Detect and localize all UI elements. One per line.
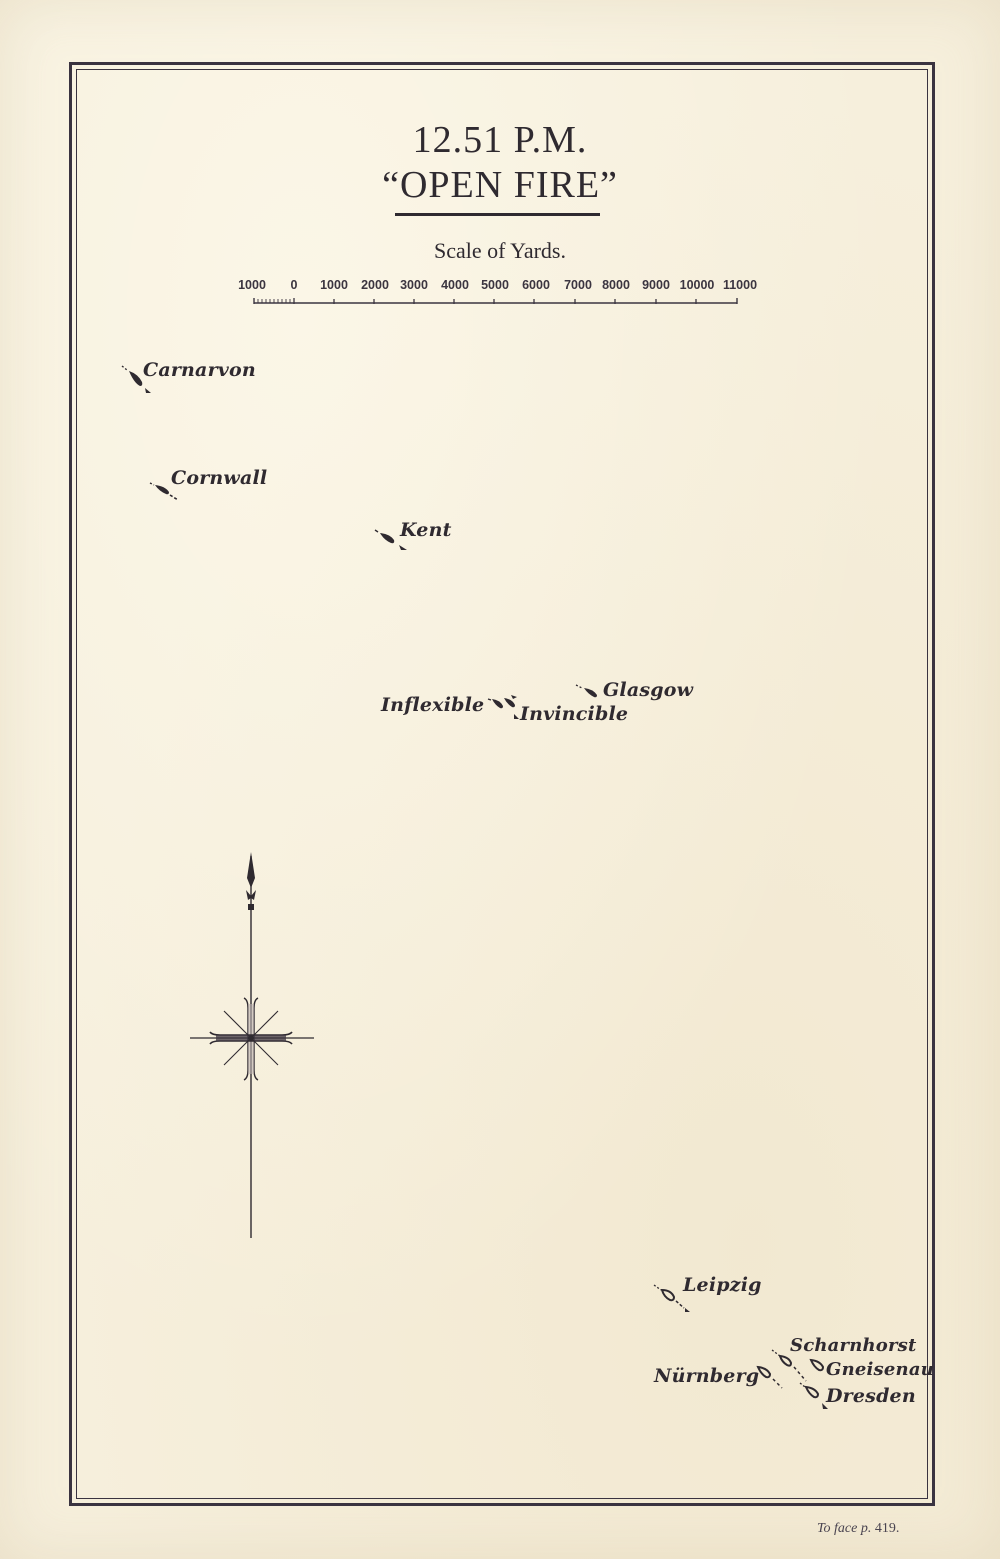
- ship-icon-nurnberg: [748, 1360, 788, 1394]
- scale-label: 8000: [602, 278, 630, 292]
- map-title-time: 12.51 P.M.: [0, 118, 1000, 162]
- title-underline: [395, 213, 600, 216]
- scale-label: 10000: [680, 278, 715, 292]
- ship-label-invincible: Invincible: [520, 703, 628, 725]
- page-reference-prefix: To face p.: [817, 1521, 871, 1536]
- map-title: “OPEN FIRE”: [0, 163, 1000, 207]
- scale-label: 1000: [238, 278, 266, 292]
- scale-label: 6000: [522, 278, 550, 292]
- scale-label: 3000: [400, 278, 428, 292]
- scale-label: 2000: [361, 278, 389, 292]
- scale-label: 1000: [320, 278, 348, 292]
- ship-label-dresden: Dresden: [826, 1385, 916, 1407]
- scale-label: 5000: [481, 278, 509, 292]
- scale-labels: 1000 0 1000 2000 3000 4000 5000 6000 700…: [0, 278, 1000, 294]
- scale-bar: [0, 294, 1000, 308]
- ship-label-cornwall: Cornwall: [171, 467, 267, 489]
- scale-title: Scale of Yards.: [0, 238, 1000, 264]
- scale-label: 9000: [642, 278, 670, 292]
- scale-label: 7000: [564, 278, 592, 292]
- scale-label: 4000: [441, 278, 469, 292]
- ship-label-glasgow: Glasgow: [603, 679, 693, 701]
- ship-label-leipzig: Leipzig: [683, 1274, 762, 1296]
- ship-label-kent: Kent: [400, 519, 452, 541]
- ship-label-nurnberg: Nürnberg: [654, 1365, 759, 1387]
- ship-label-carnarvon: Carnarvon: [143, 359, 256, 381]
- ship-label-gneisenau: Gneisenau: [826, 1359, 934, 1380]
- page-reference-number: 419.: [875, 1521, 900, 1536]
- compass-rose-icon: [186, 848, 318, 1240]
- scale-label: 0: [291, 278, 298, 292]
- page-reference: To face p. 419.: [817, 1521, 899, 1537]
- scale-label: 11000: [723, 278, 757, 292]
- ship-icon-glasgow: [574, 682, 606, 706]
- ship-label-inflexible: Inflexible: [381, 694, 484, 716]
